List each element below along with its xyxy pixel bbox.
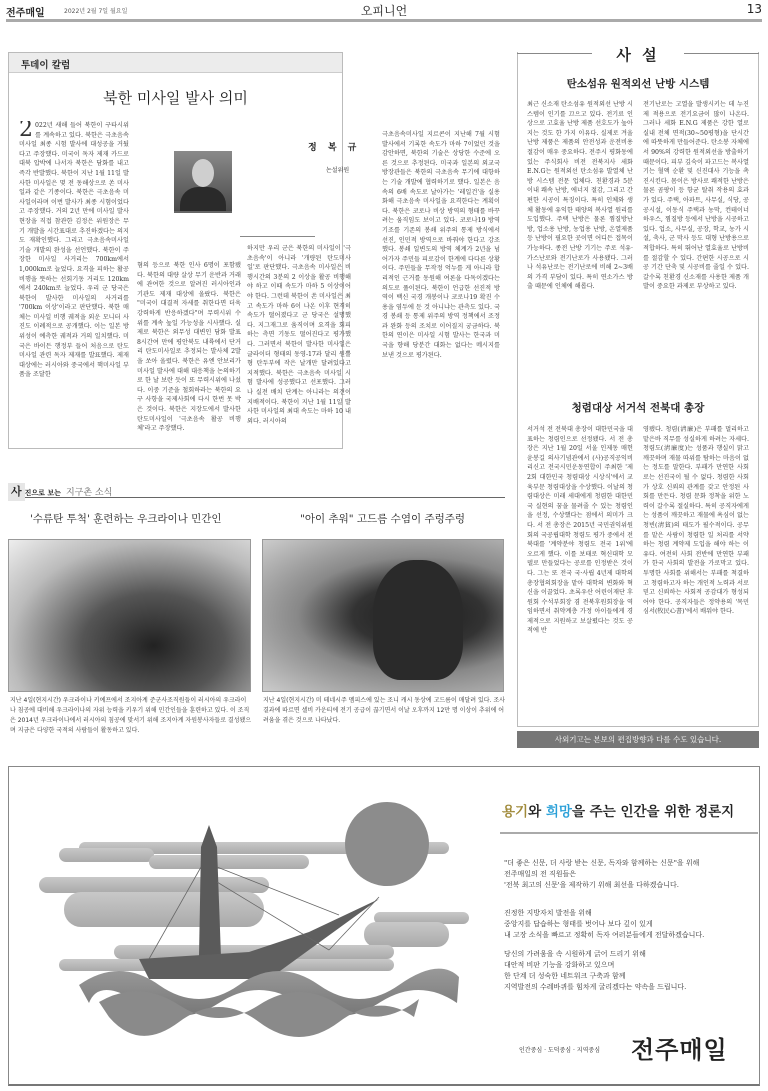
section-title: 오피니언 [6,2,762,19]
editorial-1-text-1: 최근 신소재 탄소섬유 원적외선 난방 시스템이 인기를 끄으고 있다. 전기료… [527,100,633,390]
editorial-2-text-2: 영됐다. 청렴(淸廉)은 부패를 멀리하고 맡은바 직무를 성실하게 하려는 자… [643,425,749,720]
editorial-title-2: 청렴대상 서거석 전북대 총장 [517,400,759,415]
masthead: 전주매일 2022년 2월 7일 월요일 오피니언 13 [6,0,762,22]
divider [500,832,758,834]
author-role: 논설위원 [326,165,349,174]
column-text-4: 극초음속미사일 지르콘이 지난해 7월 시험 발사에서 기록한 속도가 마하 7… [382,130,500,445]
page-number: 13 [747,2,762,16]
photo-ukraine-training [8,539,251,692]
photo-frozen-statue [262,539,504,692]
editorial-title-1: 탄소섬유 원적외선 난방 시스템 [517,76,759,91]
ad-motto: 인간중심 · 도덕중심 · 지역중심 [519,1045,600,1054]
ad-paragraph-3: 당신의 가려움을 속 시원하게 긁어 드리기 위해 대안적 비판 기능을 강화하… [504,949,686,993]
disclaimer-banner: 사외기고는 본보의 편집방향과 다를 수도 있습니다. [517,731,759,748]
photo-title-statue: "아이 추워" 고드름 수염이 주렁주렁 [300,511,465,526]
photo-caption-statue: 지난 4일(현지시간) 미 테네시주 멤피스에 있는 조니 캐시 동상에 고드름… [263,696,505,726]
column-text-3: 하지만 우리 군은 북한의 미사일이 '극초음속'이 아니라 '개량된 탄도미사… [247,244,351,444]
photo-news-header: 사진으로 보는 지구촌 소식 [8,480,505,498]
photo-caption-ukraine: 지난 4일(현지시간) 우크라이나 키예프에서 조지아계 준군사조직원들이 러시… [10,696,252,736]
author-photo [174,151,232,213]
ad-slogan: 용기와 희망을 주는 인간을 위한 정론지 [502,800,734,820]
author-name: 정 복 규 [308,140,360,153]
column-text-2: 혐의 등으로 북한 인사 6명이 포함됐다. 북한의 대량 살상 무기 운반과 … [137,261,241,441]
column-text-1: 2022년 새해 들어 북한이 구타시위를 계속하고 있다. 북한은 극초음속 … [19,121,129,441]
newspaper-logo: 전주매일 [631,1030,728,1065]
today-column: 투데이 칼럼 북한 미사일 발사 의미 2022년 새해 들어 북한이 구타시위… [8,52,343,449]
ship-illustration [9,767,489,1085]
divider [240,236,315,237]
editorial-header: 사 설 [517,44,759,65]
ad-paragraph-1: "더 좋은 신문, 더 사랑 받는 신문, 독자와 함께하는 신문"을 위해 전… [504,858,699,891]
column-label: 투데이 칼럼 [9,53,342,73]
editorial-2-text-1: 서거석 전 전북대 총장이 대한민국을 대표하는 청렴인으로 선정됐다. 서 전… [527,425,633,720]
editorial-1-text-2: 전기난로는 고열을 발생시키는 데 누진제 적용으로 전기요금이 많이 나온다.… [643,100,749,390]
dropcap: 2 [19,121,33,139]
column-title: 북한 미사일 발사 의미 [9,87,342,108]
photo-title-ukraine: '수류탄 투척' 훈련하는 우크라이나 민간인 [30,511,222,526]
ad-paragraph-2: 진정한 지방자치 발전을 위해 중앙지를 답습하는 형태를 벗어나 보다 깊이 … [504,908,704,941]
